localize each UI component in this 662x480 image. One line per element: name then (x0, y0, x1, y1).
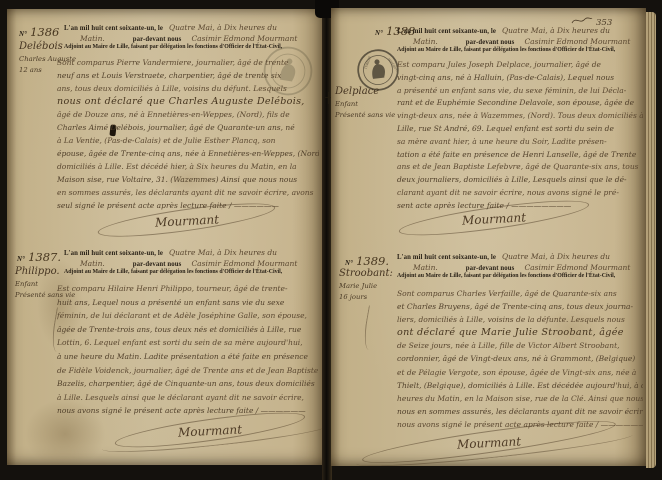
handwritten-line: liers, domiciliés à Lille, voisins de la… (397, 313, 643, 326)
handwritten-line: cordonnier, âgé de Vingt-deux ans, né à … (397, 352, 643, 365)
printed-adjoint-line: Adjoint au Maire de Lille, faisant par d… (397, 271, 645, 282)
handwritten-line: et de Pélagie Vergote, son épouse, âgée … (397, 366, 643, 379)
handwritten-line: et Charles Bruyens, âgé de Trente-cinq a… (397, 300, 643, 313)
margin-line: Delplace (335, 84, 401, 99)
act-record-1386: N°1386 DeléboisCharles Auguste12 ans L'a… (7, 9, 324, 241)
page-edge-stack (646, 12, 656, 468)
handwritten-line: Est comparu Hilaire Henri Philippo, tour… (57, 282, 319, 296)
handwritten-line: clarant ayant dit ne savoir écrire, nous… (397, 187, 643, 200)
margin-line: Enfant (335, 99, 401, 110)
handwritten-line: nous en sommes assurés, les déclarants a… (397, 405, 643, 418)
register-photograph: N°1386 DeléboisCharles Auguste12 ans L'a… (0, 0, 662, 480)
handwritten-line: Charles Aimé Delébois, journalier, âgé d… (57, 121, 319, 134)
handwritten-line: Bazelis, charpentier, âgé de Cinquante-u… (57, 377, 319, 391)
act-record-1389: N°1389. Stroobant:Marie Julie16 jours L'… (331, 244, 646, 466)
printed-adjoint-line: Adjoint au Maire de Lille, faisant par d… (64, 42, 320, 53)
handwritten-line: Thielt, (Belgique), domiciliés à Lille. … (397, 379, 643, 392)
act-number-label: N° (17, 255, 25, 263)
handwritten-line: domiciliés à Lille. Est décédé hier, à S… (57, 160, 319, 173)
act-number: N°1386 (19, 21, 59, 40)
act-header: L'an mil huit cent soixante-un, leQuatre… (64, 244, 320, 278)
handwritten-line: à une heure du Matin. Ladite présentatio… (57, 350, 319, 364)
margin-line: Présenté sans vie (335, 110, 401, 121)
act-header: L'an mil huit cent soixante-un, leQuatre… (397, 248, 645, 282)
handwritten-line: âgé de Douze ans, né à Ennetières-en-Wep… (57, 108, 319, 121)
act-number-label: N° (19, 30, 27, 38)
printed-adjoint-line: Adjoint au Maire de Lille, faisant par d… (397, 45, 645, 56)
signature-mourmant: Mourmant (135, 420, 286, 442)
margin-line: Stroobant: (339, 266, 403, 281)
handwritten-line: à La Ventie, (Pas-de-Calais) et de Julie… (57, 134, 319, 147)
act-body-text: Est comparu Jules Joseph Delplace, journ… (397, 59, 643, 214)
handwritten-line: ans et de Jean Baptiste Lefebvre, âgé de… (397, 161, 643, 174)
handwritten-line: deux journaliers, domiciliés à Lille, Le… (397, 174, 643, 187)
handwritten-line: vingt-deux ans, née à Wazemmes, (Nord). … (397, 110, 643, 123)
act-header: L'an mil huit cent soixante-un, leQuatre… (397, 22, 645, 56)
handwritten-line: Maison sise, rue Voltaire, 31. (Wazemmes… (57, 173, 319, 186)
handwritten-line: Sont comparus Pierre Vandermiere, journa… (57, 56, 319, 69)
handwritten-line: huit ans, Lequel nous a présenté un enfa… (57, 296, 319, 310)
handwritten-line: vingt-cinq ans, né à Halluin, (Pas-de-Ca… (397, 72, 643, 85)
handwritten-line: Est comparu Jules Joseph Delplace, journ… (397, 59, 643, 72)
handwritten-line: Lille, rue St André, 69. Lequel enfant e… (397, 123, 643, 136)
act-body-text: Est comparu Hilaire Henri Philippo, tour… (57, 282, 319, 420)
act-body-text: Sont comparus Pierre Vandermiere, journa… (57, 56, 319, 214)
handwritten-line: Sont comparus Charles Verfaille, âgé de … (397, 287, 643, 300)
handwritten-line: de Fidèle Voidenck, journalier, âgé de T… (57, 364, 319, 378)
handwritten-line: rant et de Euphémie Secondine Delavole, … (397, 97, 643, 110)
handwritten-line: ont déclaré que Marie Julie Stroobant, â… (397, 326, 643, 339)
register-page-right: 353 N°1388 TIMBRE IMPÉRIAL DelplaceEnfan… (331, 8, 646, 466)
margin-paraph (361, 305, 379, 350)
act-number-value: 1387. (28, 250, 61, 264)
handwritten-line: a présenté un enfant sans vie, du sexe f… (397, 85, 643, 98)
handwritten-line: féminin, de lui déclarant et de Adèle Jo… (57, 309, 319, 323)
handwritten-line: nous ont déclaré que Charles Auguste Del… (57, 95, 319, 108)
act-number: N°1387. (17, 246, 61, 265)
act-record-1388: N°1388 TIMBRE IMPÉRIAL DelplaceEnfantPré… (331, 8, 646, 242)
margin-line: Marie Julie (339, 281, 403, 292)
handwritten-line: tation a été faite en présence de Henri … (397, 149, 643, 162)
handwritten-line: ans, tous deux domiciliés à Lille, voisi… (57, 82, 319, 95)
stamp-seated-figure (371, 63, 386, 79)
act-number-label: N° (375, 29, 383, 37)
act-record-1387: N°1387. Philippo.EnfantPrésenté sans vie… (7, 242, 324, 465)
handwritten-line: à Lille. Lesquels ainsi que le déclarant… (57, 391, 319, 405)
margin-line: 16 jours (339, 292, 403, 303)
handwritten-line: neuf ans et Louis Verstraete, charpentie… (57, 69, 319, 82)
margin-annotation: DelplaceEnfantPrésenté sans vie (335, 84, 401, 121)
handwritten-line: en sommes assurés, les déclarants ayant … (57, 186, 319, 199)
margin-annotation: Stroobant:Marie Julie16 jours (339, 266, 403, 303)
handwritten-line: heures du Matin, en la Maison sise, rue … (397, 392, 643, 405)
handwritten-line: Lottin, 6. Lequel enfant est sorti du se… (57, 336, 319, 350)
handwritten-line: âgée de Trente-trois ans, tous deux nés … (57, 323, 319, 337)
printed-adjoint-line: Adjoint au Maire de Lille, faisant par d… (64, 267, 320, 278)
act-header: L'an mil huit cent soixante-un, leQuatre… (64, 19, 320, 53)
handwritten-line: épouse, âgée de Trente-cinq ans, née à E… (57, 147, 319, 160)
stamp-figure-head (374, 59, 380, 65)
register-page-left: N°1386 DeléboisCharles Auguste12 ans L'a… (7, 9, 324, 465)
signature-mourmant: Mourmant (389, 431, 589, 455)
handwritten-line: de Seize jours, née à Lille, fille de Vi… (397, 339, 643, 352)
handwritten-line: sa mère avant hier, à une heure du Soir,… (397, 136, 643, 149)
stamp-word-top: TIMBRE (363, 55, 372, 70)
act-number-value: 1386 (30, 25, 59, 39)
act-body-text: Sont comparus Charles Verfaille, âgé de … (397, 287, 643, 433)
